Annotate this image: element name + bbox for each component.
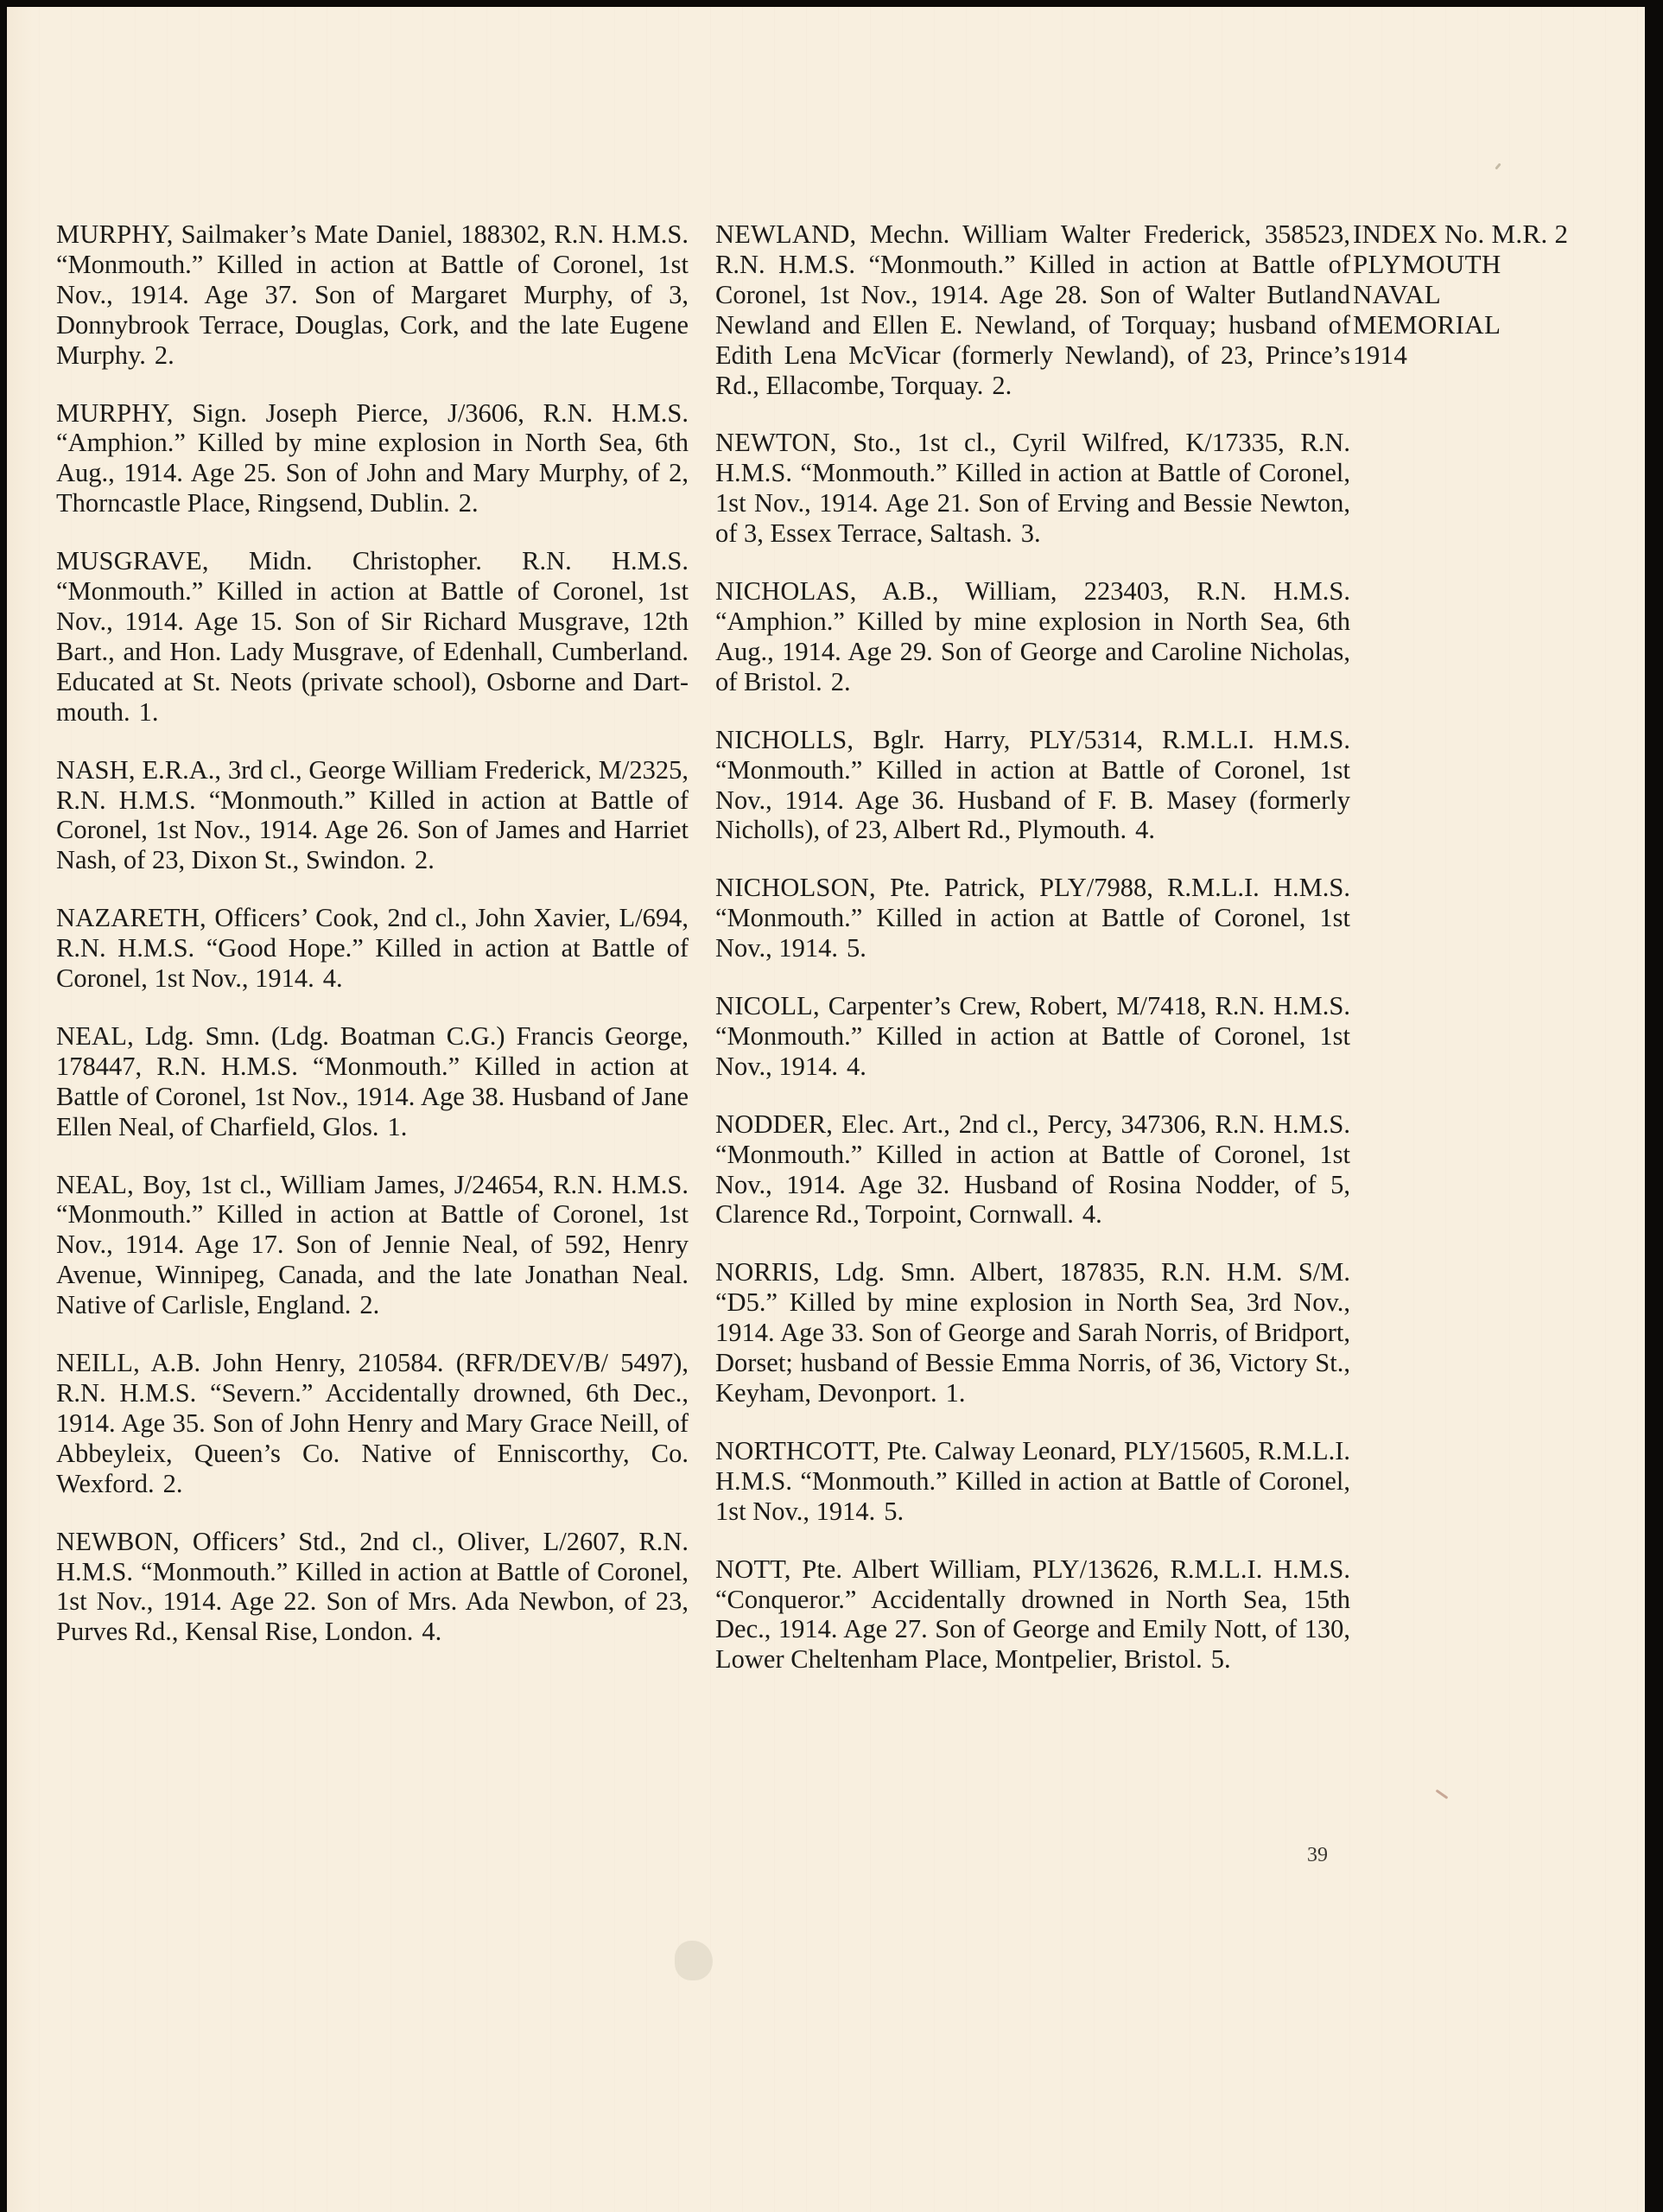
entry-panel-ref: 2. [992, 371, 1012, 400]
entry-surname: NODDER, [715, 1109, 833, 1139]
entry-panel-ref: 2. [163, 1469, 183, 1498]
entry-surname: NEAL, [56, 1170, 134, 1199]
paper-mark [1436, 1789, 1449, 1800]
entry-surname: MUSGRAVE, [56, 546, 209, 575]
header-naval: NAVAL [1353, 280, 1638, 310]
entry-panel-ref: 3. [1021, 518, 1041, 548]
middle-column: NEWLAND, Mechn. William Walter Frederick… [715, 219, 1350, 1702]
register-entry: NORRIS, Ldg. Smn. Albert, 187835, R.N. H… [715, 1257, 1350, 1408]
entry-surname: NEWLAND, [715, 219, 856, 249]
entry-surname: NICHOLLS, [715, 725, 854, 754]
entry-text: A.B. John Henry, 210584. (RFR/DEV/B/ 549… [56, 1348, 689, 1498]
register-entry: NODDER, Elec. Art., 2nd cl., Percy, 3473… [715, 1109, 1350, 1230]
register-entry: NEILL, A.B. John Henry, 210584. (RFR/DEV… [56, 1348, 689, 1499]
register-entry: NAZARETH, Officers’ Cook, 2nd cl., John … [56, 903, 689, 994]
entry-panel-ref: 1. [946, 1378, 966, 1408]
entry-surname: NEWTON, [715, 428, 837, 457]
entry-panel-ref: 4. [323, 963, 343, 993]
entry-panel-ref: 2. [359, 1290, 379, 1319]
register-entry: NOTT, Pte. Albert William, PLY/13626, R.… [715, 1554, 1350, 1675]
entry-text: Ldg. Smn. (Ldg. Boatman C.G.) Francis Ge… [56, 1021, 689, 1141]
memorial-index-header: INDEX No. M.R. 2 PLYMOUTH NAVAL MEMORIAL… [1353, 219, 1638, 371]
paper-mark [1495, 162, 1501, 169]
entry-surname: NEILL, [56, 1348, 140, 1377]
register-entry: NICHOLAS, A.B., William, 223403, R.N. H.… [715, 576, 1350, 697]
entry-panel-ref: 1. [388, 1112, 408, 1141]
left-column: MURPHY, Sailmaker’s Mate Daniel, 188302,… [56, 219, 689, 1675]
entry-panel-ref: 2. [459, 488, 479, 518]
register-entry: NEWLAND, Mechn. William Walter Frederick… [715, 219, 1350, 400]
entry-surname: NEAL, [56, 1021, 134, 1051]
entry-surname: NORRIS, [715, 1257, 820, 1287]
entry-surname: MURPHY, [56, 398, 174, 428]
header-year: 1914 [1353, 340, 1638, 371]
entry-panel-ref: 5. [847, 933, 866, 963]
page-number: 39 [1307, 1844, 1328, 1867]
entry-panel-ref: 2. [155, 340, 175, 370]
register-entry: MURPHY, Sign. Joseph Pierce, J/3606, R.N… [56, 398, 689, 519]
entry-surname: MURPHY, [56, 219, 174, 249]
register-entry: NEAL, Ldg. Smn. (Ldg. Boatman C.G.) Fran… [56, 1021, 689, 1142]
entry-panel-ref: 4. [422, 1617, 441, 1646]
header-location: PLYMOUTH [1353, 250, 1638, 280]
entry-panel-ref: 4. [847, 1052, 866, 1081]
entry-panel-ref: 4. [1135, 815, 1155, 844]
register-entry: NEAL, Boy, 1st cl., William James, J/246… [56, 1170, 689, 1321]
entry-surname: NASH, [56, 755, 136, 785]
register-entry: MUSGRAVE, Midn. Christopher. R.N. H.M.S.… [56, 546, 689, 727]
entry-surname: NOTT, [715, 1554, 791, 1584]
entry-surname: NEWBON, [56, 1527, 180, 1556]
entry-surname: NICHOLSON, [715, 873, 876, 902]
register-entry: NEWBON, Officers’ Std., 2nd cl., Oliver,… [56, 1527, 689, 1648]
register-entry: NORTHCOTT, Pte. Calway Leonard, PLY/1560… [715, 1436, 1350, 1527]
register-entry: NASH, E.R.A., 3rd cl., George William Fr… [56, 755, 689, 876]
register-entry: MURPHY, Sailmaker’s Mate Daniel, 188302,… [56, 219, 689, 371]
register-entry: NEWTON, Sto., 1st cl., Cyril Wilfred, K/… [715, 428, 1350, 549]
header-memorial: MEMORIAL [1353, 310, 1638, 340]
entry-surname: NAZARETH, [56, 903, 206, 932]
entry-panel-ref: 4. [1082, 1199, 1102, 1229]
entry-surname: NICOLL, [715, 991, 820, 1020]
entry-surname: NORTHCOTT, [715, 1436, 879, 1465]
entry-panel-ref: 2. [415, 845, 435, 874]
register-entry: NICHOLLS, Bglr. Harry, PLY/5314, R.M.L.I… [715, 725, 1350, 846]
register-entry: NICOLL, Carpenter’s Crew, Robert, M/7418… [715, 991, 1350, 1082]
memorial-register-page: MURPHY, Sailmaker’s Mate Daniel, 188302,… [7, 7, 1645, 2212]
entry-surname: NICHOLAS, [715, 576, 857, 606]
entry-panel-ref: 5. [1211, 1644, 1231, 1674]
entry-panel-ref: 1. [139, 697, 159, 727]
register-entry: NICHOLSON, Pte. Patrick, PLY/7988, R.M.L… [715, 873, 1350, 963]
entry-panel-ref: 2. [831, 667, 851, 696]
entry-text: Pte. Albert William, PLY/13626, R.M.L.I.… [715, 1554, 1350, 1675]
entry-text: E.R.A., 3rd cl., George William Frederic… [56, 755, 689, 875]
entry-panel-ref: 5. [884, 1497, 904, 1526]
paper-stain [675, 1941, 713, 1980]
index-number: INDEX No. M.R. 2 [1353, 219, 1638, 250]
